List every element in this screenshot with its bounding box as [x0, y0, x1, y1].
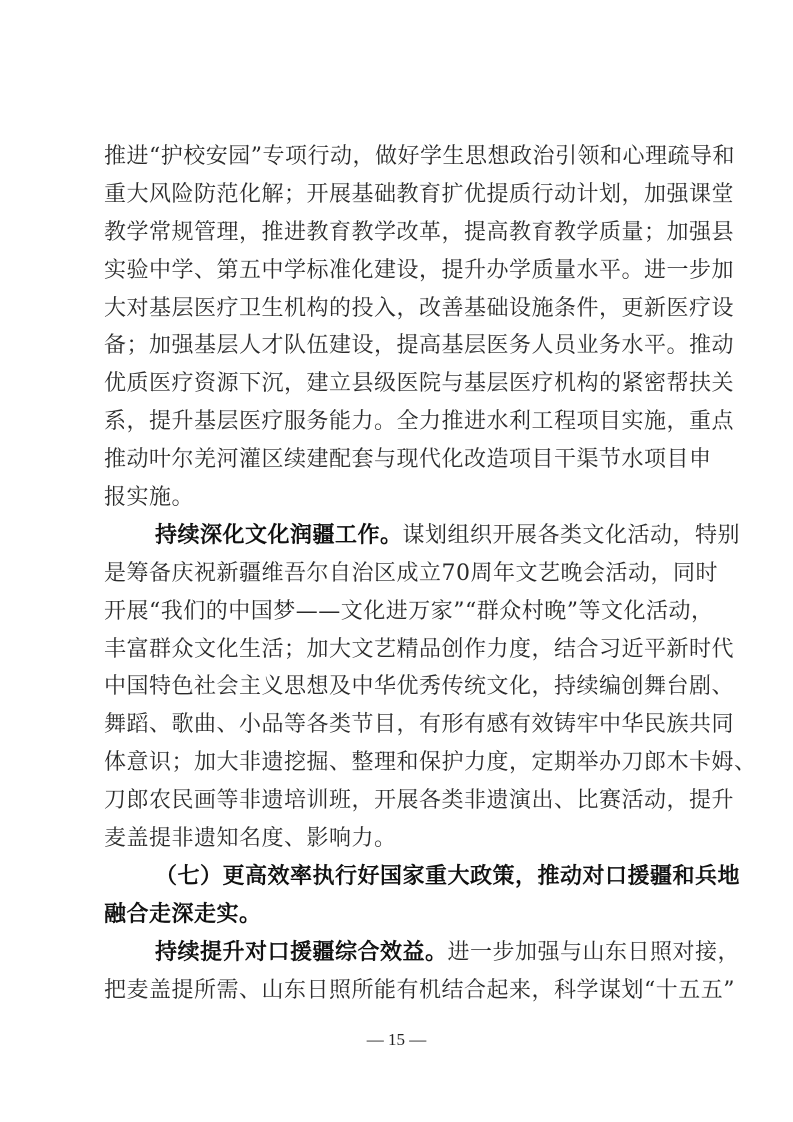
section-heading-line: （七）更高效率执行好国家重大政策，推动对口援疆和兵地 [104, 858, 692, 896]
text-line: 重大风险防范化解；开展基础教育扩优提质行动计划，加强课堂 [104, 176, 692, 214]
document-body: 推进“护校安园”专项行动，做好学生思想政治引领和心理疏导和 重大风险防范化解；开… [104, 138, 692, 1009]
text-line: 丰富群众文化生活；加大文艺精品创作力度，结合习近平新时代 [104, 631, 692, 669]
text-line: 开展“我们的中国梦——文化进万家”“群众村晚”等文化活动， [104, 593, 692, 631]
paragraph-lead-heading: 持续提升对口援疆综合效益。 [155, 940, 448, 965]
text-run: 谋划组织开展各类文化活动，特别 [403, 523, 741, 548]
text-line: 优质医疗资源下沉，建立县级医院与基层医疗机构的紧密帮扶关 [104, 365, 692, 403]
paragraph-culture: 持续深化文化润疆工作。谋划组织开展各类文化活动，特别 是筹备庆祝新疆维吾尔自治区… [104, 517, 692, 858]
text-line-first: 持续提升对口援疆综合效益。进一步加强与山东日照对接， [104, 934, 692, 972]
text-line: 教学常规管理，推进教育教学改革，提高教育教学质量；加强县 [104, 214, 692, 252]
paragraph-education-health-water: 推进“护校安园”专项行动，做好学生思想政治引领和心理疏导和 重大风险防范化解；开… [104, 138, 692, 517]
text-run: 进一步加强与山东日照对接， [448, 940, 741, 965]
text-line: 舞蹈、歌曲、小品等各类节目，有形有感有效铸牢中华民族共同 [104, 706, 692, 744]
text-line: 刀郎农民画等非遗培训班，开展各类非遗演出、比赛活动，提升 [104, 782, 692, 820]
text-line: 备；加强基层人才队伍建设，提高基层医务人员业务水平。推动 [104, 327, 692, 365]
page-number: — 15 — [0, 1030, 793, 1050]
text-line: 推进“护校安园”专项行动，做好学生思想政治引领和心理疏导和 [104, 138, 692, 176]
section-heading-line: 融合走深走实。 [104, 896, 692, 934]
document-page: 推进“护校安园”专项行动，做好学生思想政治引领和心理疏导和 重大风险防范化解；开… [0, 0, 793, 1122]
text-line: 系，提升基层医疗服务能力。全力推进水利工程项目实施，重点 [104, 403, 692, 441]
paragraph-aid-xinjiang: 持续提升对口援疆综合效益。进一步加强与山东日照对接， 把麦盖提所需、山东日照所能… [104, 934, 692, 1010]
text-line: 推动叶尔羌河灌区续建配套与现代化改造项目干渠节水项目申 [104, 441, 692, 479]
text-line: 把麦盖提所需、山东日照所能有机结合起来，科学谋划“十五五” [104, 972, 692, 1010]
text-line: 是筹备庆祝新疆维吾尔自治区成立70周年文艺晚会活动，同时 [104, 555, 692, 593]
paragraph-lead-heading: 持续深化文化润疆工作。 [155, 523, 403, 548]
text-line: 大对基层医疗卫生机构的投入，改善基础设施条件，更新医疗设 [104, 290, 692, 328]
text-line: 实验中学、第五中学标准化建设，提升办学质量水平。进一步加 [104, 252, 692, 290]
text-line: 麦盖提非遗知名度、影响力。 [104, 820, 692, 858]
text-line: 体意识；加大非遗挖掘、整理和保护力度，定期举办刀郎木卡姆、 [104, 744, 692, 782]
text-line-first: 持续深化文化润疆工作。谋划组织开展各类文化活动，特别 [104, 517, 692, 555]
text-line: 报实施。 [104, 479, 692, 517]
section-heading-7: （七）更高效率执行好国家重大政策，推动对口援疆和兵地 融合走深走实。 [104, 858, 692, 934]
text-line: 中国特色社会主义思想及中华优秀传统文化，持续编创舞台剧、 [104, 668, 692, 706]
